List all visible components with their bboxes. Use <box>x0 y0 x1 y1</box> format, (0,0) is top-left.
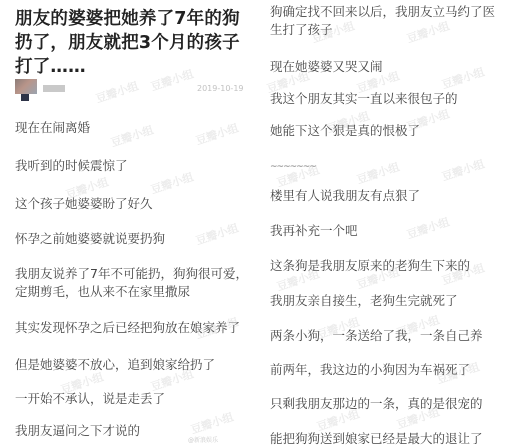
right-panel: 狗确定找不回来以后，我朋友立马约了医生打了孩子 现在她婆婆又哭又闹 我这个朋友其… <box>256 0 510 445</box>
paragraph: 我朋友亲自接生，老狗生完就死了 <box>270 292 506 310</box>
paragraph: 前两年，我这边的小狗因为车祸死了 <box>270 361 506 379</box>
left-panel: 朋友的婆婆把她养了7年的狗扔了，朋友就把3个月的孩子打了…… 2019-10-1… <box>0 0 252 445</box>
paragraph: 我再补充一个吧 <box>270 222 506 240</box>
watermark: 豆瓣小组 <box>94 78 141 107</box>
paragraph: 我这个朋友其实一直以来很包子的 <box>270 90 506 108</box>
paragraph: 一开始不承认，说是走丢了 <box>15 390 251 408</box>
paragraph: 怀孕之前她婆婆就说要扔狗 <box>15 230 251 248</box>
paragraph: 我听到的时候震惊了 <box>15 157 251 175</box>
source-watermark: @新浪娱乐 <box>188 435 218 444</box>
paragraph: 这个孩子她婆婆盼了好久 <box>15 195 251 213</box>
paragraph: 其实发现怀孕之后已经把狗放在娘家养了 <box>15 319 251 337</box>
paragraph: 现在她婆婆又哭又闹 <box>270 58 506 76</box>
paragraph: 我朋友说养了7年不可能扔，狗狗很可爱，定期剪毛，也从来不在家里撒尿 <box>15 265 251 301</box>
paragraph: 她能下这个狠是真的恨极了 <box>270 122 506 140</box>
paragraph: 只剩我朋友那边的一条，真的是很宠的 <box>270 395 506 413</box>
paragraph: 楼里有人说我朋友有点狠了 <box>270 187 506 205</box>
paragraph: 这条狗是我朋友原来的老狗生下来的 <box>270 257 506 275</box>
avatar-decoration <box>21 94 29 101</box>
post-date: 2019-10-19 <box>197 84 244 93</box>
paragraph: 现在在闹离婚 <box>15 119 251 137</box>
post-title: 朋友的婆婆把她养了7年的狗扔了，朋友就把3个月的孩子打了…… <box>15 7 247 79</box>
avatar[interactable] <box>15 79 37 94</box>
paragraph: 狗确定找不回来以后，我朋友立马约了医生打了孩子 <box>270 3 506 39</box>
paragraph: 但是她婆婆不放心，追到娘家给扔了 <box>15 356 251 374</box>
paragraph: 能把狗狗送到娘家已经是最大的退让了 <box>270 430 506 445</box>
paragraph: 两条小狗，一条送给了我，一条自己养 <box>270 327 506 345</box>
separator-tildes: ~~~~~~~ <box>270 158 506 176</box>
username-blurred[interactable] <box>43 85 65 92</box>
